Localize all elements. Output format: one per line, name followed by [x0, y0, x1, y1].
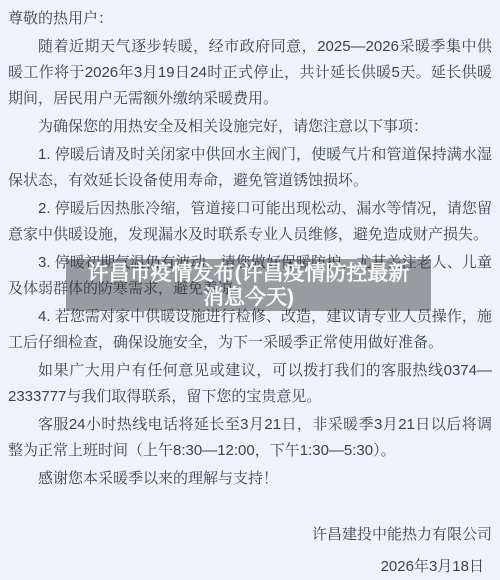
notice-paragraph: 随着近期天气逐步转暖，经市政府同意，2025—2026采暖季集中供暖工作将于20…: [8, 34, 492, 112]
watermark-title-line-1: 许昌市疫情发布(许昌疫情防控最新: [66, 262, 431, 286]
notice-thanks: 感谢您本采暖季以来的理解与支持！: [8, 466, 492, 492]
watermark-title-banner: 许昌市疫情发布(许昌疫情防控最新 消息今天): [66, 259, 431, 311]
notice-list-item-1: 1. 停暖后请及时关闭家中供回水主阀门，使暖气片和管道保持满水湿保状态，有效延长…: [8, 142, 492, 194]
notice-salutation: 尊敬的热用户：: [8, 6, 492, 32]
signature-company-name: 许昌建投中能热力有限公司: [8, 522, 492, 548]
notice-list-item-2: 2. 停暖后因热胀冷缩，管道接口可能出现松动、漏水等情况，请您留意家中供暖设施，…: [8, 196, 492, 248]
notice-paragraph-hours: 客服24小时热线电话将延长至3月21日，非采暖季3月21日以后将调整为正常上班时…: [8, 412, 492, 464]
notice-paragraph-hotline: 如果广大用户有任何意见或建议，可以拨打我们的客服热线0374—2333777与我…: [8, 358, 492, 410]
notice-list-item-4: 4. 若您需对家中供暖设施进行检修、改造，建议请专业人员操作，施工后仔细检查，确…: [8, 304, 492, 356]
notice-signature: 许昌建投中能热力有限公司 2026年3月18日: [8, 522, 492, 580]
notice-paragraph: 为确保您的用热安全及相关设施完好，请您注意以下事项：: [8, 114, 492, 140]
signature-date: 2026年3月18日: [8, 554, 492, 580]
watermark-title-line-2: 消息今天): [66, 286, 431, 310]
